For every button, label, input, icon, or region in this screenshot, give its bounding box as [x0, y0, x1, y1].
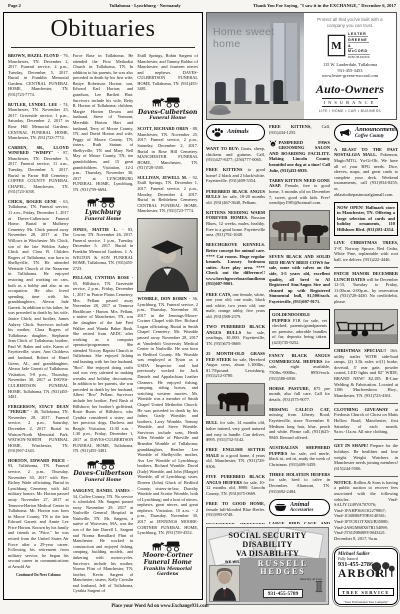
- agency-website: www.lester-greene-mccord.com: [322, 73, 378, 79]
- classified-ad: BULL for sale, 14 months old, halter tra…: [206, 420, 265, 442]
- classified-text: 3'-8', Norway Spruce, Red Cedar, White P…: [334, 246, 398, 262]
- monogram-icon: M: [328, 35, 345, 56]
- section-header-animals: Animals: [206, 124, 265, 141]
- classified-lead: FANCY BLACK ANGUS COMMERCIAL HEIFERS: [269, 353, 330, 364]
- classified-ad: PATCH MANOR DECEMBER LUNCH DATES will be…: [334, 267, 398, 305]
- classified-lead: GET IN SHAPE!: [334, 443, 368, 448]
- attorney-ad: SOCIAL SECURITY DISABILITY VA DISABILITY…: [206, 527, 329, 605]
- obituary-text: - 93, Tullahoma, TN. Funeral service, 2 …: [8, 458, 69, 569]
- classified-ad: PUREBRED BLACK ANGUS BULLS for sale, 18-…: [206, 189, 265, 206]
- obituary-name: SCOTT, RICHARD OREN: [137, 126, 188, 131]
- classified-lead: CHRISTMAS SPECIAL!!: [334, 348, 386, 353]
- ad-headline: Home sweet home: [213, 26, 304, 50]
- section-label-line: Animal: [290, 502, 313, 509]
- tree-service-tagline: "Your Professional Tree Company": [338, 600, 394, 604]
- classified-ad: KITTENS NEEDING WARM FOREVER HOMES. Russ…: [206, 210, 265, 238]
- classified-lead: CLOTHING GIVEAWAY: [334, 407, 388, 412]
- classifieds-column-2: FREE KITTENS, Call, (931)434-1255.PAMPER…: [269, 124, 330, 524]
- logo-wordmark: LESTER GREENE & McCORD INSURANCE: [348, 32, 372, 60]
- logo-line: INSURANCE: [348, 55, 372, 60]
- attorney-title: Attorney At Law: [242, 577, 322, 581]
- classifieds-column-3: AnnouncementsCoffee CountyA BLAST TO THE…: [334, 124, 398, 544]
- obituary-name: PELLAM, CYNTHIA ROSE: [73, 275, 130, 280]
- paw-icon: [211, 127, 224, 138]
- auto-owners-tagline: LIFE • HOME • CAR • BUSINESS: [319, 109, 381, 113]
- classified-ad: FREE TO GOOD HOME, female full-blooded B…: [206, 501, 265, 518]
- section-label-line: Animals: [227, 129, 249, 136]
- classified-lead: HORSE PASTURE,: [269, 386, 310, 391]
- classified-text: Making Lincoln County beautiful one dog …: [269, 156, 330, 172]
- classified-ad: MISSING CALICO CAT, missing from Liberty…: [269, 407, 330, 441]
- funeral-home-name: Moore-Cortner Funeral Home: [137, 553, 198, 566]
- attorney-phone: 931-455-5789: [263, 589, 304, 598]
- classified-text: 16ft. utility trailer WITH side-load ram…: [334, 348, 398, 398]
- edition-title: Tullahoma - Lynchburg - Normandy: [60, 3, 230, 8]
- obituary-entry: BROWN, HAZEL FLOYD - 76, Manchester, TN.…: [8, 53, 69, 98]
- graduation-portrait-photo: [137, 218, 198, 292]
- obituaries-section: Obituaries BROWN, HAZEL FLOYD - 76, Manc…: [3, 12, 203, 600]
- trees-icon: [371, 561, 395, 583]
- attorney-name-band: RUSSELL HEDGES Attorney At Law 931-455-5…: [240, 558, 326, 602]
- trailer-photo: [334, 309, 398, 344]
- section-label: Animals: [227, 129, 249, 136]
- obituary-entry: SARGENT, DANIEL JAMES - 34, Coffee Count…: [73, 488, 134, 593]
- classified-lead: LARGE BIRD CAGE AND STAND: [269, 521, 330, 524]
- obituary-text: - 65, Hillsboro, TN. Graveside service, …: [73, 275, 134, 453]
- continued-note: Continued On Next Column: [8, 573, 69, 578]
- classified-text: for sale, bred to calve in December. Alt…: [269, 477, 330, 493]
- classified-lead: FREE KITTENS: [206, 167, 242, 172]
- cows-photo: [269, 210, 330, 250]
- tree-service-ad: Michael Sadler Fully Insured 931-455-278…: [334, 548, 398, 605]
- classified-ad: WANT TO BUY: Goats, sheep, chickens and …: [206, 146, 265, 163]
- obituary-name: CHICK, ROGER GENE: [8, 199, 57, 204]
- classified-text: female full-blooded Blue Heeler. (931)99…: [206, 507, 265, 518]
- classified-text: missing from Liberty Road, Fayetteville,…: [269, 412, 330, 439]
- insurance-ad: Home sweet home Protect all that you've …: [206, 12, 397, 120]
- classified-ad: FREE ENGLISH SETTER MALE to a good home,…: [206, 447, 265, 469]
- obituaries-column-1: BROWN, HAZEL FLOYD - 76, Manchester, TN.…: [8, 53, 69, 593]
- funeral-home-name: Lynchburg: [73, 210, 134, 217]
- classified-ad: TWO PUREBRED BLACK ANGUS BULLS for sale,…: [206, 324, 265, 346]
- attorney-portrait: [209, 565, 240, 602]
- man-portrait-image: [210, 566, 239, 601]
- classified-ad: SEVEN BLACK AND SOLID RED HEAVY BRED COW…: [269, 254, 330, 304]
- classified-lead: PAMPERED PAWS GROOMING SALON AND BOARDIN…: [269, 140, 330, 156]
- obituary-entry: BUTLER, LYNDEL LEE - 74, Manchester, TN.…: [8, 102, 69, 141]
- classified-text: Better concept for animal care. **** Cat…: [206, 248, 265, 287]
- classified-lead: REGISTERED HEREFORD BULLS: [206, 522, 265, 524]
- classifieds-section: AnimalsWANT TO BUY: Goats, sheep, chicke…: [206, 124, 398, 606]
- obituary-entry: CARDEN, SR., LLOYD WINFRED "WIMPY" - 87,…: [8, 145, 69, 195]
- obituary-entry: HORTON, EDWARD PRICE - 93, Tullahoma, TN…: [8, 458, 69, 570]
- classified-lead: NOTICE.: [334, 480, 352, 485]
- obituary-name: JONES, MATTIE L.: [73, 227, 118, 232]
- classified-ad: FREE KITTENS to good home! 2 black and 2…: [206, 167, 265, 184]
- classified-lead: BULL: [206, 420, 218, 425]
- funeral-home-name: Funeral Home: [137, 116, 198, 121]
- classified-ad: LARGE BIRD CAGE AND STAND for sale, two …: [269, 521, 330, 524]
- obituary-name: SULLIVAN, JEWELL M.: [137, 175, 187, 180]
- obituary-entry: WOMBLE, DON ROBIN - 56, Lynchburg, TN. F…: [137, 296, 198, 536]
- obituary-name: WOMBLE, DON ROBIN: [137, 296, 186, 301]
- classified-ad: CLOTHING GIVEAWAY at Fredonia Church of …: [334, 403, 398, 435]
- auto-owners-brand: Auto-Owners: [316, 82, 384, 97]
- obituary-text: - 46, Tullahoma, TN. November 28, 2017. …: [8, 409, 69, 453]
- classified-lead: FREE KITTENS,: [269, 124, 311, 129]
- courthouse-column-icon: [315, 580, 323, 598]
- obituary-name: SARGENT, DANIEL JAMES: [73, 488, 130, 493]
- tree-service-brand-sub: TREE SERVICE: [338, 588, 394, 596]
- obituary-entry: PELLAM, CYNTHIA ROSE - 65, Hillsboro, TN…: [73, 275, 134, 454]
- obituaries-columns: BROWN, HAZEL FLOYD - 76, Manchester, TN.…: [4, 50, 202, 596]
- newspaper-page: { "page": { "header_left": "Page 2", "he…: [0, 0, 400, 614]
- obituary-name: BUTLER, LYNDEL LEE: [8, 102, 57, 107]
- classified-lead: WANT TO BUY:: [206, 146, 239, 151]
- section-label-line: Accessories: [290, 508, 313, 513]
- classified-lead: SEVEN BLACK AND SOLID RED HEAVY BRED COW…: [269, 254, 330, 265]
- obituary-text: - 92, Estill Springs, TN. December 1, 20…: [137, 175, 198, 213]
- obituary-text: - 63, Tullahoma, TN. Funeral service, 11…: [8, 199, 69, 399]
- home-sweet-home-photo: Home sweet home: [207, 13, 304, 119]
- funeral-home-logo: Daves-CulbertsonFuneral Home: [137, 96, 198, 121]
- section-label: AnimalAccessories: [290, 502, 313, 514]
- classified-ad: 25 MONTH-OLD GRASS FED STEER for sale, H…: [206, 351, 265, 379]
- megaphone-icon: [339, 127, 352, 138]
- obituary-entry: FERGERSON, STACY DEAN "FERGIE" - 46, Tul…: [8, 404, 69, 454]
- classified-ad: NOW OPEN! Hallmark store in Manchester, …: [334, 202, 398, 236]
- section-label-line: Announcements: [355, 127, 397, 134]
- classified-ad: FREE KITTENS, Call, (931)434-1255.: [269, 124, 330, 135]
- funeral-home-logo: Moore-Cortner Funeral HomeFranklin Memor…: [137, 540, 198, 577]
- classified-lead: THREE HOLSTEIN HEIFERS: [269, 472, 330, 477]
- funeral-home-logo: Daves-CulbertsonFuneral Home: [73, 458, 134, 483]
- bull-photo: [206, 383, 265, 416]
- obituary-text: - 76, Manchester, TN. December 2, 2017. …: [8, 53, 69, 97]
- classified-text: for sale, some with calves on the side, …: [269, 260, 330, 304]
- classified-ad: NOTICE. Rollins & Sons is having a publi…: [334, 476, 398, 542]
- classified-ad: FANCY BLACK ANGUS COMMERCIAL HEIFERS for…: [269, 353, 330, 381]
- attorney-ad-headline: SOCIAL SECURITY DISABILITY VA DISABILITY: [207, 532, 328, 559]
- auto-owners-sub: INSURANCE: [322, 98, 379, 106]
- classified-ad: CHRISTMAS SPECIAL!! 16ft. utility traile…: [334, 348, 398, 398]
- obituaries-column-2: Force Base in Tullahoma. He attended the…: [73, 53, 134, 593]
- classified-text: Pokemon, Magic/MTG, Yu-Gi-Oh. We have al…: [334, 152, 398, 196]
- classified-lead: BEECHGROVE KENNELS.: [206, 242, 265, 247]
- obituaries-title: Obituaries: [11, 16, 195, 48]
- obituary-text: - 34, Coffee County, TN. No service is s…: [73, 488, 134, 593]
- funeral-home-name: Funeral Home: [73, 478, 134, 483]
- obituary-text: - 88, Manchester, TN. November 25, 2017.…: [137, 126, 198, 170]
- section-label-line: Coffee County: [355, 134, 397, 139]
- insurance-ad-details: Protect all that you've built with a com…: [304, 13, 396, 119]
- classified-ad: HORSE PASTURE, $75 per month, also full …: [269, 386, 330, 403]
- header-slogan: Thank You For Saying, "I saw it in the E…: [253, 3, 396, 8]
- obituary-text: - 83, Cowan, TN. November 26, 2017. Fune…: [73, 227, 134, 271]
- obituary-entry: JONES, MATTIE L. - 83, Cowan, TN. Novemb…: [73, 227, 134, 272]
- footer-note: Place your Word Ad on www.Exchange931.co…: [20, 604, 300, 609]
- classified-ad: THREE HOLSTEIN HEIFERS for sale, bred to…: [269, 472, 330, 494]
- lester-greene-mccord-logo: M LESTER GREENE & McCORD INSURANCE: [328, 32, 372, 60]
- tree-service-insured: Fully Insured: [338, 557, 394, 561]
- obituary-continuation: Estill Springs, Robin Sargent of Manches…: [137, 53, 198, 92]
- classified-ad: AUSTRALIAN SHEPHERD PUPPIES for sale, re…: [269, 445, 330, 467]
- classified-ad: PAMPERED PAWS GROOMING SALON AND BOARDIN…: [269, 140, 330, 174]
- bowl-icon: [274, 502, 287, 513]
- section-header-announcements: AnnouncementsCoffee County: [334, 124, 398, 142]
- attorney-name: HEDGES: [242, 568, 324, 576]
- obituaries-column-3: Estill Springs, Robin Sargent of Manches…: [137, 53, 198, 593]
- classified-ad: REGISTERED HEREFORD BULLS for sale, grea…: [206, 522, 265, 524]
- classified-lead: MISSING CALICO CAT,: [269, 407, 330, 412]
- page-number: Page 2: [8, 3, 21, 8]
- obituary-entry: SULLIVAN, JEWELL M. - 92, Estill Springs…: [137, 175, 198, 214]
- ad-tagline: Protect all that you've built with a com…: [311, 17, 389, 29]
- classified-ad: BEECHGROVE KENNELS. Better concept for a…: [206, 242, 265, 287]
- dog-icon: [269, 140, 277, 149]
- obituary-entry: CHICK, ROGER GENE - 63, Tullahoma, TN. F…: [8, 199, 69, 400]
- obituary-entry: SCOTT, RICHARD OREN - 88, Manchester, TN…: [137, 126, 198, 171]
- classified-lead: LIVE CHRISTMAS TREES,: [334, 240, 398, 245]
- obituary-text: - 74, Manchester, TN. November 25, 2017.…: [8, 102, 69, 140]
- obituary-name: BROWN, HAZEL FLOYD: [8, 53, 59, 58]
- classified-text: Rollins & Sons is having a public auctio…: [334, 480, 398, 541]
- classified-lead: NOW OPEN!: [337, 205, 364, 210]
- classified-ad: FIVE PUREBRED BLACK ANGUS HEIFERS for sa…: [206, 474, 265, 496]
- funeral-home-name: Daves-Culbertson: [73, 471, 134, 478]
- classified-lead: FREE TO GOOD HOME,: [206, 501, 265, 506]
- obituary-text: - 87, Manchester, TN. December 3, 2017. …: [8, 150, 69, 194]
- classified-ad: TABBY KITTEN NEED GONE ASAP. Female, fre…: [269, 178, 330, 206]
- obituary-name: HORTON, EDWARD PRICE: [8, 458, 65, 463]
- classified-ad: GET IN SHAPE! Prepare for the holidays. …: [334, 439, 398, 471]
- obituary-text: - 56, Lynchburg, TN. Funeral service, 2 …: [137, 296, 198, 535]
- funeral-home-logo: LynchburgFuneral Home: [73, 196, 134, 221]
- section-header-animal-accessories: AnimalAccessories: [269, 499, 330, 517]
- section-label: AnnouncementsCoffee County: [355, 127, 397, 139]
- classified-ad: LIVE CHRISTMAS TREES, 3'-8', Norway Spru…: [334, 240, 398, 262]
- funeral-home-name: Funeral Home: [73, 217, 134, 222]
- classified-ad: FREE CATS, one female, white, one year o…: [206, 292, 265, 320]
- funeral-home-name: Franklin Memorial Gardens: [137, 567, 198, 577]
- classified-ad: A BLAST TO THE PAST NOSTALGIA MALL. Poke…: [334, 147, 398, 197]
- classified-ad: GOLDENDOODLE PUPPIES F1B for sale, vet c…: [269, 309, 330, 349]
- classifieds-column-1: AnimalsWANT TO BUY: Goats, sheep, chicke…: [206, 124, 265, 524]
- obituary-continuation: Force Base in Tullahoma. He attended the…: [73, 53, 134, 192]
- classified-lead: FREE CATS,: [206, 292, 231, 297]
